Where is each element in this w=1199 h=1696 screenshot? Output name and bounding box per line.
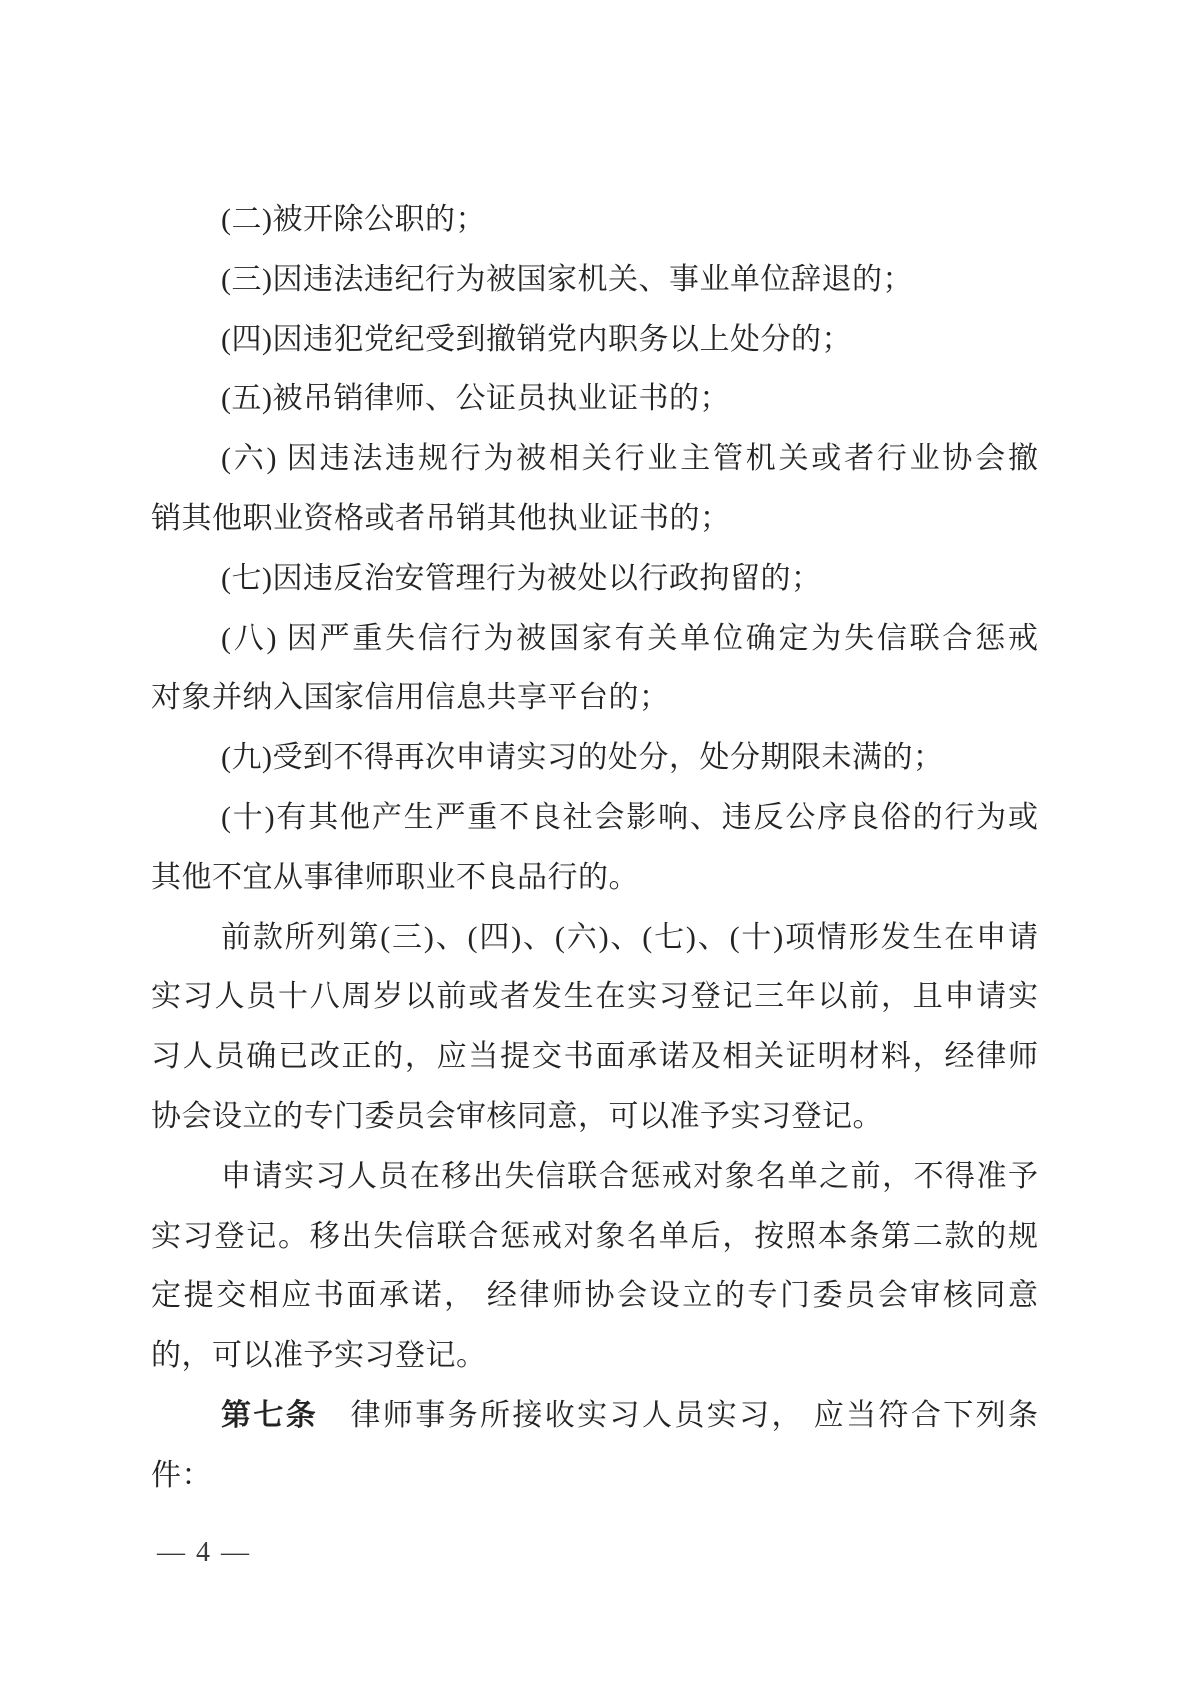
document-page: (二)被开除公职的；(三)因违法违纪行为被国家机关、事业单位辞退的；(四)因违犯… (0, 0, 1199, 1696)
text-line: (三)因违法违纪行为被国家机关、事业单位辞退的； (151, 250, 1038, 310)
text-line: (九)受到不得再次申请实习的处分，处分期限未满的； (151, 728, 1038, 788)
text-line: (四)因违犯党纪受到撤销党内职务以上处分的； (151, 310, 1038, 370)
text-line: (二)被开除公职的； (151, 190, 1038, 250)
text-line: 件： (151, 1446, 1038, 1506)
text-line: 其他不宜从事律师职业不良品行的。 (151, 848, 1038, 908)
text-line: 第七条 律师事务所接收实习人员实习， 应当符合下列条 (151, 1386, 1038, 1446)
page-number: — 4 — (157, 1536, 251, 1570)
text-line: 的，可以准予实习登记。 (151, 1326, 1038, 1386)
text-line: 对象并纳入国家信用信息共享平台的； (151, 668, 1038, 728)
text-line: (十)有其他产生严重不良社会影响、违反公序良俗的行为或 (151, 788, 1038, 848)
text-line: 实习人员十八周岁以前或者发生在实习登记三年以前，且申请实 (151, 967, 1038, 1027)
text-line: 销其他职业资格或者吊销其他执业证书的； (151, 489, 1038, 549)
text-line: 实习登记。移出失信联合惩戒对象名单后，按照本条第二款的规 (151, 1207, 1038, 1267)
text-line: (六) 因违法违规行为被相关行业主管机关或者行业协会撤 (151, 429, 1038, 489)
text-line: (八) 因严重失信行为被国家有关单位确定为失信联合惩戒 (151, 609, 1038, 669)
text-line: (七)因违反治安管理行为被处以行政拘留的； (151, 549, 1038, 609)
text-line: 申请实习人员在移出失信联合惩戒对象名单之前，不得准予 (151, 1147, 1038, 1207)
article-heading: 第七条 (221, 1399, 318, 1432)
text-line: 习人员确已改正的，应当提交书面承诺及相关证明材料，经律师 (151, 1027, 1038, 1087)
text-line: 协会设立的专门委员会审核同意，可以准予实习登记。 (151, 1087, 1038, 1147)
text-line: 定提交相应书面承诺， 经律师协会设立的专门委员会审核同意 (151, 1266, 1038, 1326)
text-line: (五)被吊销律师、公证员执业证书的； (151, 369, 1038, 429)
text-line: 前款所列第(三)、(四)、(六)、(七)、(十)项情形发生在申请 (151, 908, 1038, 968)
document-body: (二)被开除公职的；(三)因违法违纪行为被国家机关、事业单位辞退的；(四)因违犯… (151, 190, 1038, 1506)
